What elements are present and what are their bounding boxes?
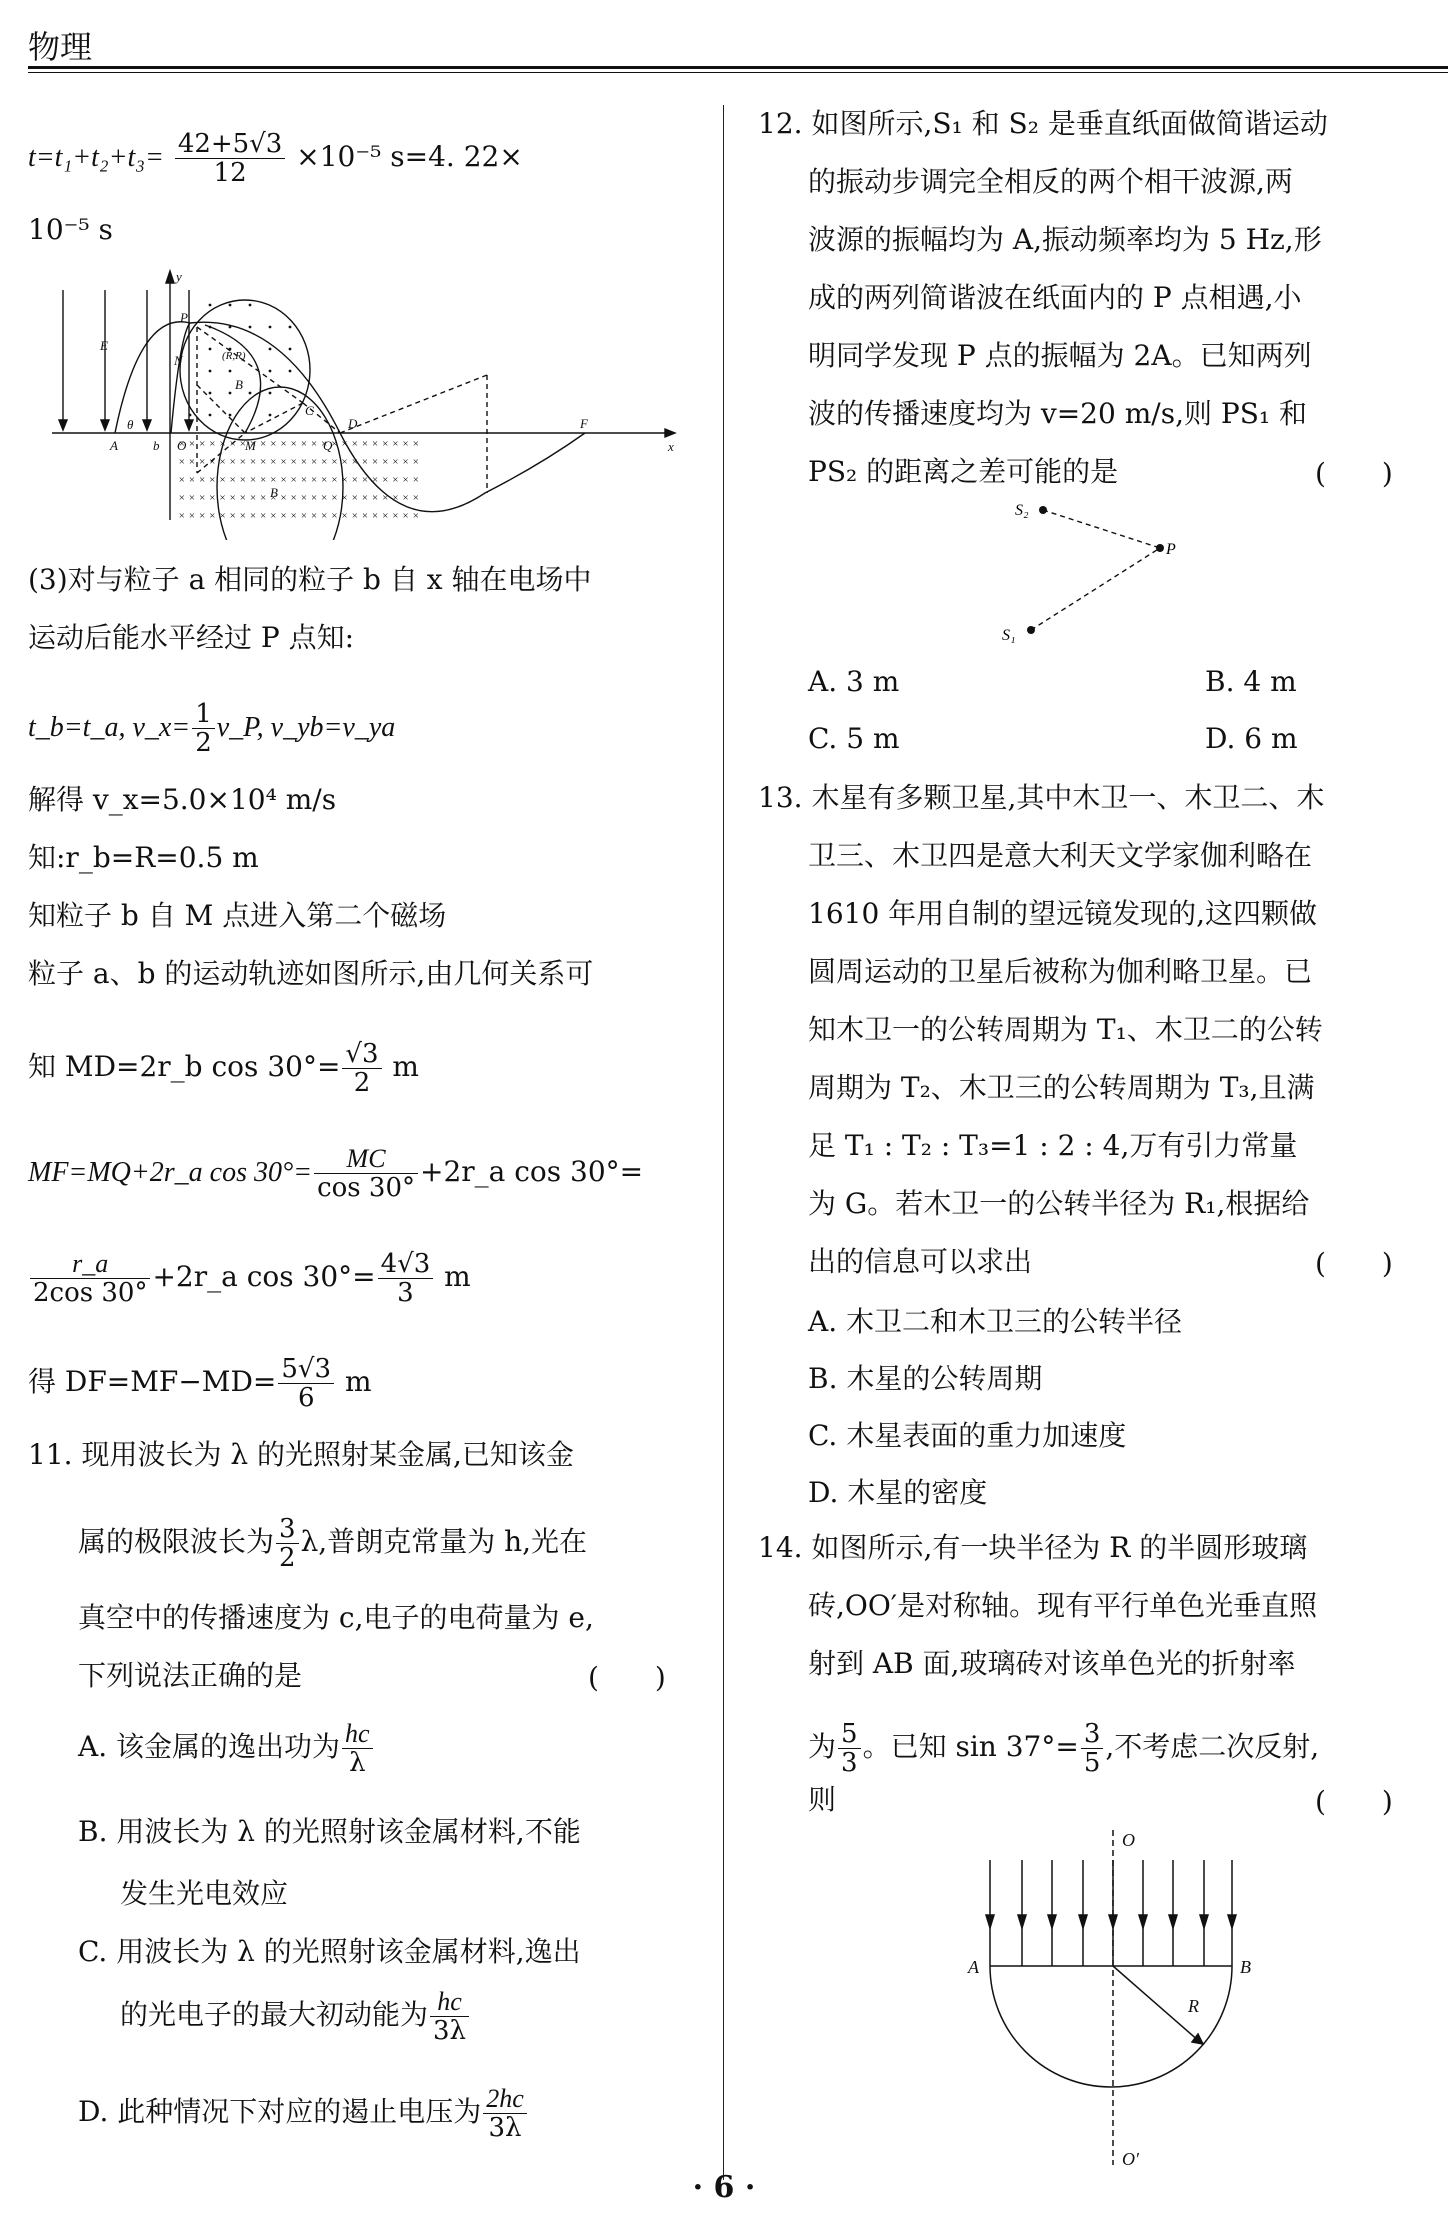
- equation-total-time: t=t₁+t₂+t₃= 42+5√312 ×10⁻⁵ s=4. 22×: [28, 130, 523, 187]
- q12-line5: 明同学发现 P 点的振幅为 2A。已知两列: [808, 336, 1312, 376]
- text-trajectory: 粒子 a、b 的运动轨迹如图所示,由几何关系可: [28, 954, 593, 994]
- q11-line3: 真空中的传播速度为 c,电子的电荷量为 e,: [78, 1598, 594, 1638]
- q13-line8: 为 G。若木卫一的公转半径为 R₁,根据给: [808, 1184, 1309, 1224]
- wave-sources-diagram: S₂ P S₁: [990, 490, 1240, 650]
- column-divider: [723, 105, 724, 2180]
- equation-DF: 得 DF=MF−MD=5√36 m: [28, 1355, 372, 1412]
- q11-line2: 属的极限波长为32λ,普朗克常量为 h,光在: [78, 1515, 587, 1572]
- q11-option-b[interactable]: B. 用波长为 λ 的光照射该金属材料,不能 发生光电效应: [78, 1810, 581, 1912]
- fraction: 42+5√312: [175, 130, 286, 187]
- svg-text:× × × × × × × × × × × × × × ×: × × × × × × × × × × × × × × × × × × × × …: [178, 456, 419, 468]
- equation-MF-1: MF=MQ+2r_a cos 30°=MCcos 30°+2r_a cos 30…: [28, 1145, 643, 1202]
- q13-line7: 足 T₁ : T₂ : T₃=1 : 2 : 4,万有引力常量: [808, 1126, 1297, 1166]
- svg-text:E: E: [99, 338, 108, 353]
- semicircle-glass-diagram: O A B R O′: [960, 1820, 1260, 2180]
- magnetic-field-crosses: × × × × × × × × × × × × × × × × × × × × …: [178, 438, 419, 522]
- q13-line6: 周期为 T₂、木卫三的公转周期为 T₃,且满: [808, 1068, 1315, 1108]
- q12-line1: 12. 如图所示,S₁ 和 S₂ 是垂直纸面做简谐运动: [758, 104, 1328, 144]
- svg-text:y: y: [174, 269, 182, 284]
- svg-text:P: P: [179, 310, 188, 325]
- equation-MF-2: r_a2cos 30°+2r_a cos 30°=4√33 m: [28, 1250, 471, 1307]
- q14-line4: 为53。已知 sin 37°=35,不考虑二次反射,: [808, 1720, 1319, 1777]
- q12-line6: 波的传播速度均为 v=20 m/s,则 PS₁ 和: [808, 394, 1307, 434]
- q13-line3: 1610 年用自制的望远镜发现的,这四颗做: [808, 894, 1317, 934]
- q12-line4: 成的两列简谐波在纸面内的 P 点相遇,小: [808, 278, 1302, 318]
- q12-option-c[interactable]: C. 5 m: [808, 722, 900, 755]
- q14-line5: 则: [808, 1780, 836, 1820]
- q13-option-d[interactable]: D. 木星的密度: [808, 1471, 987, 1511]
- q13-line5: 知木卫一的公转周期为 T₁、木卫二的公转: [808, 1010, 1323, 1050]
- svg-text:O: O: [1122, 1830, 1135, 1850]
- equation-vx: 解得 v_x=5.0×10⁴ m/s: [28, 780, 336, 820]
- svg-text:C: C: [305, 403, 314, 418]
- part3-line2: 运动后能水平经过 P 点知:: [28, 618, 354, 658]
- svg-text:M: M: [244, 438, 257, 453]
- q12-line3: 波源的振幅均为 A,振动频率均为 5 Hz,形: [808, 220, 1322, 260]
- q13-option-a[interactable]: A. 木卫二和木卫三的公转半径: [808, 1300, 1182, 1340]
- svg-text:× × × × × × × × × × × × × × ×: × × × × × × × × × × × × × × × × × × × × …: [178, 492, 419, 504]
- q11-line4: 下列说法正确的是: [78, 1656, 302, 1696]
- svg-text:× × × × × × × × × × × × × × ×: × × × × × × × × × × × × × × × × × × × × …: [178, 510, 419, 522]
- svg-text:b: b: [153, 438, 160, 453]
- q11-answer-blank[interactable]: ( ): [588, 1656, 666, 1696]
- q13-answer-blank[interactable]: ( ): [1315, 1242, 1393, 1282]
- q12-option-a[interactable]: A. 3 m: [808, 665, 899, 698]
- svg-text:R: R: [1187, 1996, 1199, 2016]
- q12-line7: PS₂ 的距离之差可能的是: [808, 452, 1118, 492]
- svg-text:A: A: [109, 438, 118, 453]
- q13-line1: 13. 木星有多颗卫星,其中木卫一、木卫二、木: [758, 778, 1324, 818]
- page-number: · 6 ·: [0, 2170, 1448, 2205]
- q11-line1: 11. 现用波长为 λ 的光照射某金属,已知该金: [28, 1435, 574, 1475]
- svg-text:P: P: [1165, 541, 1176, 558]
- q14-line1: 14. 如图所示,有一块半径为 R 的半圆形玻璃: [758, 1528, 1307, 1568]
- equation-rb: 知:r_b=R=0.5 m: [28, 838, 259, 878]
- svg-text:B: B: [235, 377, 243, 392]
- svg-text:x: x: [667, 439, 674, 454]
- svg-text:F: F: [579, 416, 589, 431]
- equation-total-time-cont: 10⁻⁵ s: [28, 210, 113, 250]
- q11-option-c[interactable]: C. 用波长为 λ 的光照射该金属材料,逸出 的光电子的最大初动能为hc3λ: [78, 1930, 581, 2045]
- svg-text:A: A: [967, 1957, 980, 1977]
- q13-line2: 卫三、木卫四是意大利天文学家伽利略在: [808, 836, 1312, 876]
- trajectory-diagram: × × × × × × × × × × × × × × × × × × × × …: [40, 265, 680, 540]
- q11-option-a[interactable]: A. 该金属的逸出功为hcλ: [78, 1720, 375, 1777]
- svg-text:B: B: [1240, 1957, 1251, 1977]
- header-rule-thick: [28, 66, 1448, 69]
- svg-text:θ: θ: [127, 417, 134, 432]
- text-enter-M: 知粒子 b 自 M 点进入第二个磁场: [28, 896, 446, 936]
- svg-text:Q: Q: [323, 438, 333, 453]
- svg-text:O: O: [177, 438, 187, 453]
- svg-text:S₂: S₂: [1015, 502, 1029, 519]
- q14-answer-blank[interactable]: ( ): [1315, 1780, 1393, 1820]
- header-rule-thin: [28, 72, 1448, 73]
- part3-line1: (3)对与粒子 a 相同的粒子 b 自 x 轴在电场中: [28, 560, 591, 600]
- q13-line4: 圆周运动的卫星后被称为伽利略卫星。已: [808, 952, 1312, 992]
- q14-line3: 射到 AB 面,玻璃砖对该单色光的折射率: [808, 1644, 1296, 1684]
- svg-text:B: B: [270, 485, 278, 500]
- q12-answer-blank[interactable]: ( ): [1315, 452, 1393, 492]
- svg-text:× × × × × × × × × × × × × × ×: × × × × × × × × × × × × × × × × × × × × …: [178, 438, 419, 450]
- equation-tb: t_b=t_a, v_x=12v_P, v_yb=v_ya: [28, 700, 395, 757]
- svg-text:S₁: S₁: [1002, 627, 1016, 644]
- q13-line9: 出的信息可以求出: [808, 1242, 1032, 1282]
- svg-text:(R,R): (R,R): [222, 350, 246, 362]
- q12-line2: 的振动步调完全相反的两个相干波源,两: [808, 162, 1293, 202]
- svg-text:D: D: [347, 416, 358, 431]
- svg-text:O′: O′: [1122, 2149, 1140, 2169]
- q11-option-d[interactable]: D. 此种情况下对应的遏止电压为2hc3λ: [78, 2085, 529, 2142]
- q13-option-c[interactable]: C. 木星表面的重力加速度: [808, 1414, 1126, 1454]
- svg-text:× × × × × × × × × × × × × × ×: × × × × × × × × × × × × × × × × × × × × …: [178, 474, 419, 486]
- q12-option-b[interactable]: B. 4 m: [1205, 665, 1297, 698]
- q12-option-d[interactable]: D. 6 m: [1205, 722, 1298, 755]
- q14-line2: 砖,OO′是对称轴。现有平行单色光垂直照: [808, 1586, 1317, 1626]
- subject-header: 物理: [28, 22, 92, 68]
- equation-MD: 知 MD=2r_b cos 30°=√32 m: [28, 1040, 419, 1097]
- q13-option-b[interactable]: B. 木星的公转周期: [808, 1357, 1042, 1397]
- svg-text:N: N: [173, 353, 184, 368]
